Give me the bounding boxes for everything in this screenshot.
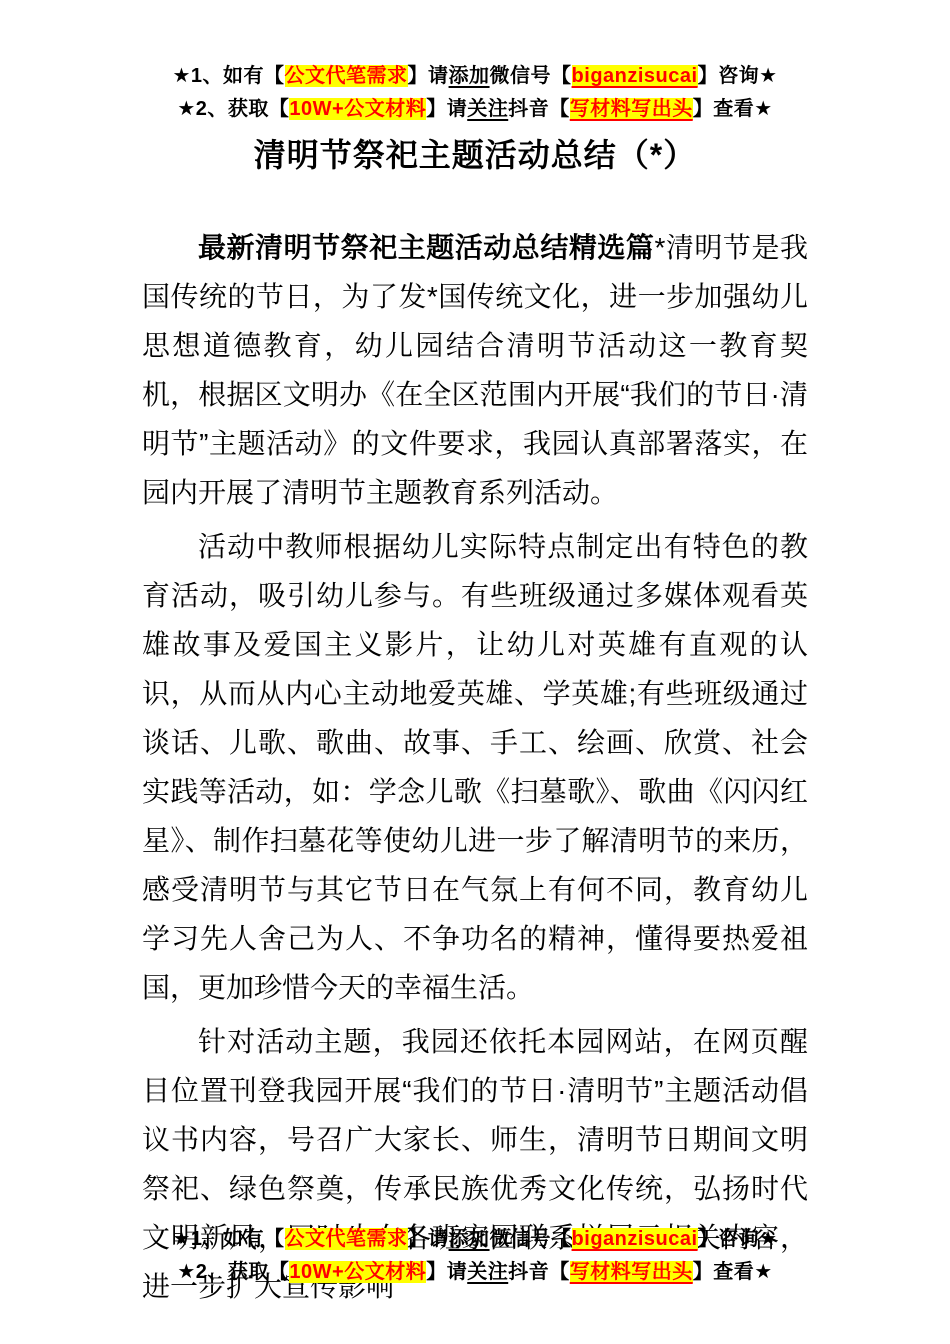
text-run: 公文代笔需求 [285, 1228, 408, 1250]
text-run: 微信号【 [490, 1228, 572, 1250]
text-run: 】请 [426, 98, 467, 120]
text-run: 】咨询★ [698, 65, 778, 87]
text-run: ★2、获取【 [177, 98, 289, 120]
text-run: 最新清明节祭祀主题活动总结精选篇 [198, 232, 654, 263]
footer-banner-line-2: ★2、获取【10W+公文材料】请关注抖音【写材料写出头】查看★ [0, 1256, 950, 1289]
text-run: biganzisucai [572, 1228, 698, 1250]
document-page: ★1、如有【公文代笔需求】请添加微信号【biganzisucai】咨询★ ★2、… [0, 0, 950, 1344]
text-run: ★2、获取【 [177, 1261, 289, 1283]
text-run: 10W+公文材料 [289, 1261, 426, 1283]
header-banner: ★1、如有【公文代笔需求】请添加微信号【biganzisucai】咨询★ ★2、… [0, 0, 950, 126]
text-run: biganzisucai [572, 65, 698, 87]
text-run: 抖音【 [508, 98, 570, 120]
text-run: 公文代笔需求 [285, 65, 408, 87]
text-run: 】请 [408, 65, 449, 87]
footer-banner-line-1: ★1、如有【公文代笔需求】请添加微信号【biganzisucai】咨询★ [0, 1223, 950, 1256]
text-run: 写材料写出头 [570, 1261, 693, 1283]
document-title: 清明节祭祀主题活动总结（*） [0, 135, 950, 175]
text-run: 】咨询★ [698, 1228, 778, 1250]
text-run: 】查看★ [693, 98, 773, 120]
footer-banner: ★1、如有【公文代笔需求】请添加微信号【biganzisucai】咨询★ ★2、… [0, 1223, 950, 1289]
text-run: 微信号【 [490, 65, 572, 87]
text-run: *清明节是我国传统的节日，为了发*国传统文化，进一步加强幼儿思想道德教育，幼儿园… [142, 232, 808, 508]
header-banner-line-2: ★2、获取【10W+公文材料】请关注抖音【写材料写出头】查看★ [0, 93, 950, 126]
paragraph-1: 最新清明节祭祀主题活动总结精选篇*清明节是我国传统的节日，为了发*国传统文化，进… [142, 223, 808, 517]
text-run: 写材料写出头 [570, 98, 693, 120]
header-banner-line-1: ★1、如有【公文代笔需求】请添加微信号【biganzisucai】咨询★ [0, 60, 950, 93]
text-run: ★1、如有【 [172, 65, 284, 87]
text-run: 】请 [426, 1261, 467, 1283]
text-run: 添加 [449, 65, 490, 87]
document-body: 最新清明节祭祀主题活动总结精选篇*清明节是我国传统的节日，为了发*国传统文化，进… [142, 223, 808, 1311]
text-run: 】查看★ [693, 1261, 773, 1283]
paragraph-2: 活动中教师根据幼儿实际特点制定出有特色的教育活动，吸引幼儿参与。有些班级通过多媒… [142, 522, 808, 1012]
text-run: 10W+公文材料 [289, 98, 426, 120]
text-run: 】请 [408, 1228, 449, 1250]
text-run: 活动中教师根据幼儿实际特点制定出有特色的教育活动，吸引幼儿参与。有些班级通过多媒… [142, 531, 808, 1003]
text-run: 添加 [449, 1228, 490, 1250]
text-run: 关注 [467, 98, 508, 120]
text-run: ★1、如有【 [172, 1228, 284, 1250]
text-run: 抖音【 [508, 1261, 570, 1283]
text-run: 关注 [467, 1261, 508, 1283]
